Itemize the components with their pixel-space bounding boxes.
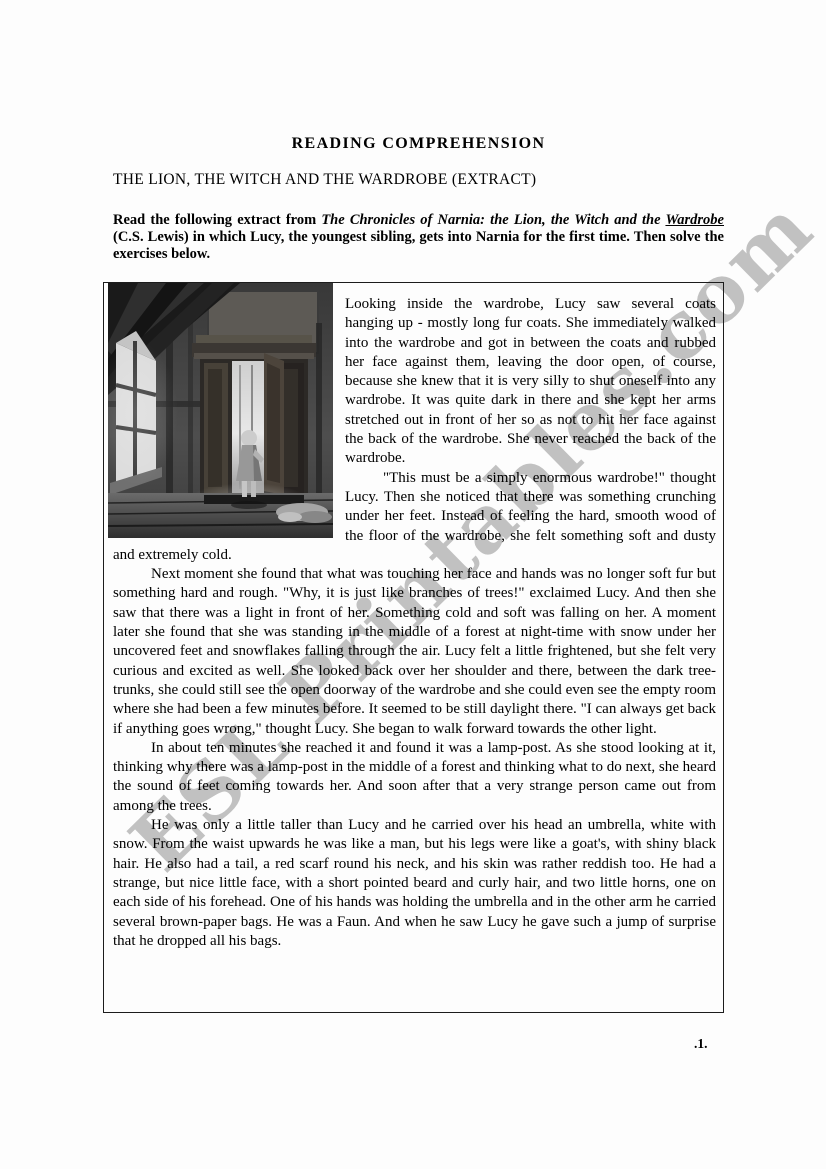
- instructions-paragraph: Read the following extract from The Chro…: [113, 212, 724, 264]
- extract-text-box: Looking inside the wardrobe, Lucy saw se…: [103, 282, 724, 1013]
- extract-paragraph: Next moment she found that what was touc…: [113, 565, 716, 739]
- book-title-underlined: Wardrobe: [665, 212, 724, 228]
- worksheet-page: ESL Printables.com READING COMPREHENSION…: [0, 0, 826, 1169]
- extract-paragraph: He was only a little taller than Lucy an…: [113, 816, 716, 951]
- wardrobe-photo: [103, 282, 333, 538]
- page-title: READING COMPREHENSION: [113, 135, 724, 153]
- extract-paragraph: In about ten minutes she reached it and …: [113, 739, 716, 816]
- book-title-italic: The Chronicles of Narnia: the Lion, the …: [321, 212, 665, 228]
- wardrobe-photo-illustration: [108, 283, 333, 538]
- instructions-pre: Read the following extract from: [113, 212, 321, 228]
- page-number: .1.: [694, 1036, 708, 1052]
- extract-heading: THE LION, THE WITCH AND THE WARDROBE (EX…: [113, 171, 724, 189]
- instructions-post: (C.S. Lewis) in which Lucy, the youngest…: [113, 229, 724, 262]
